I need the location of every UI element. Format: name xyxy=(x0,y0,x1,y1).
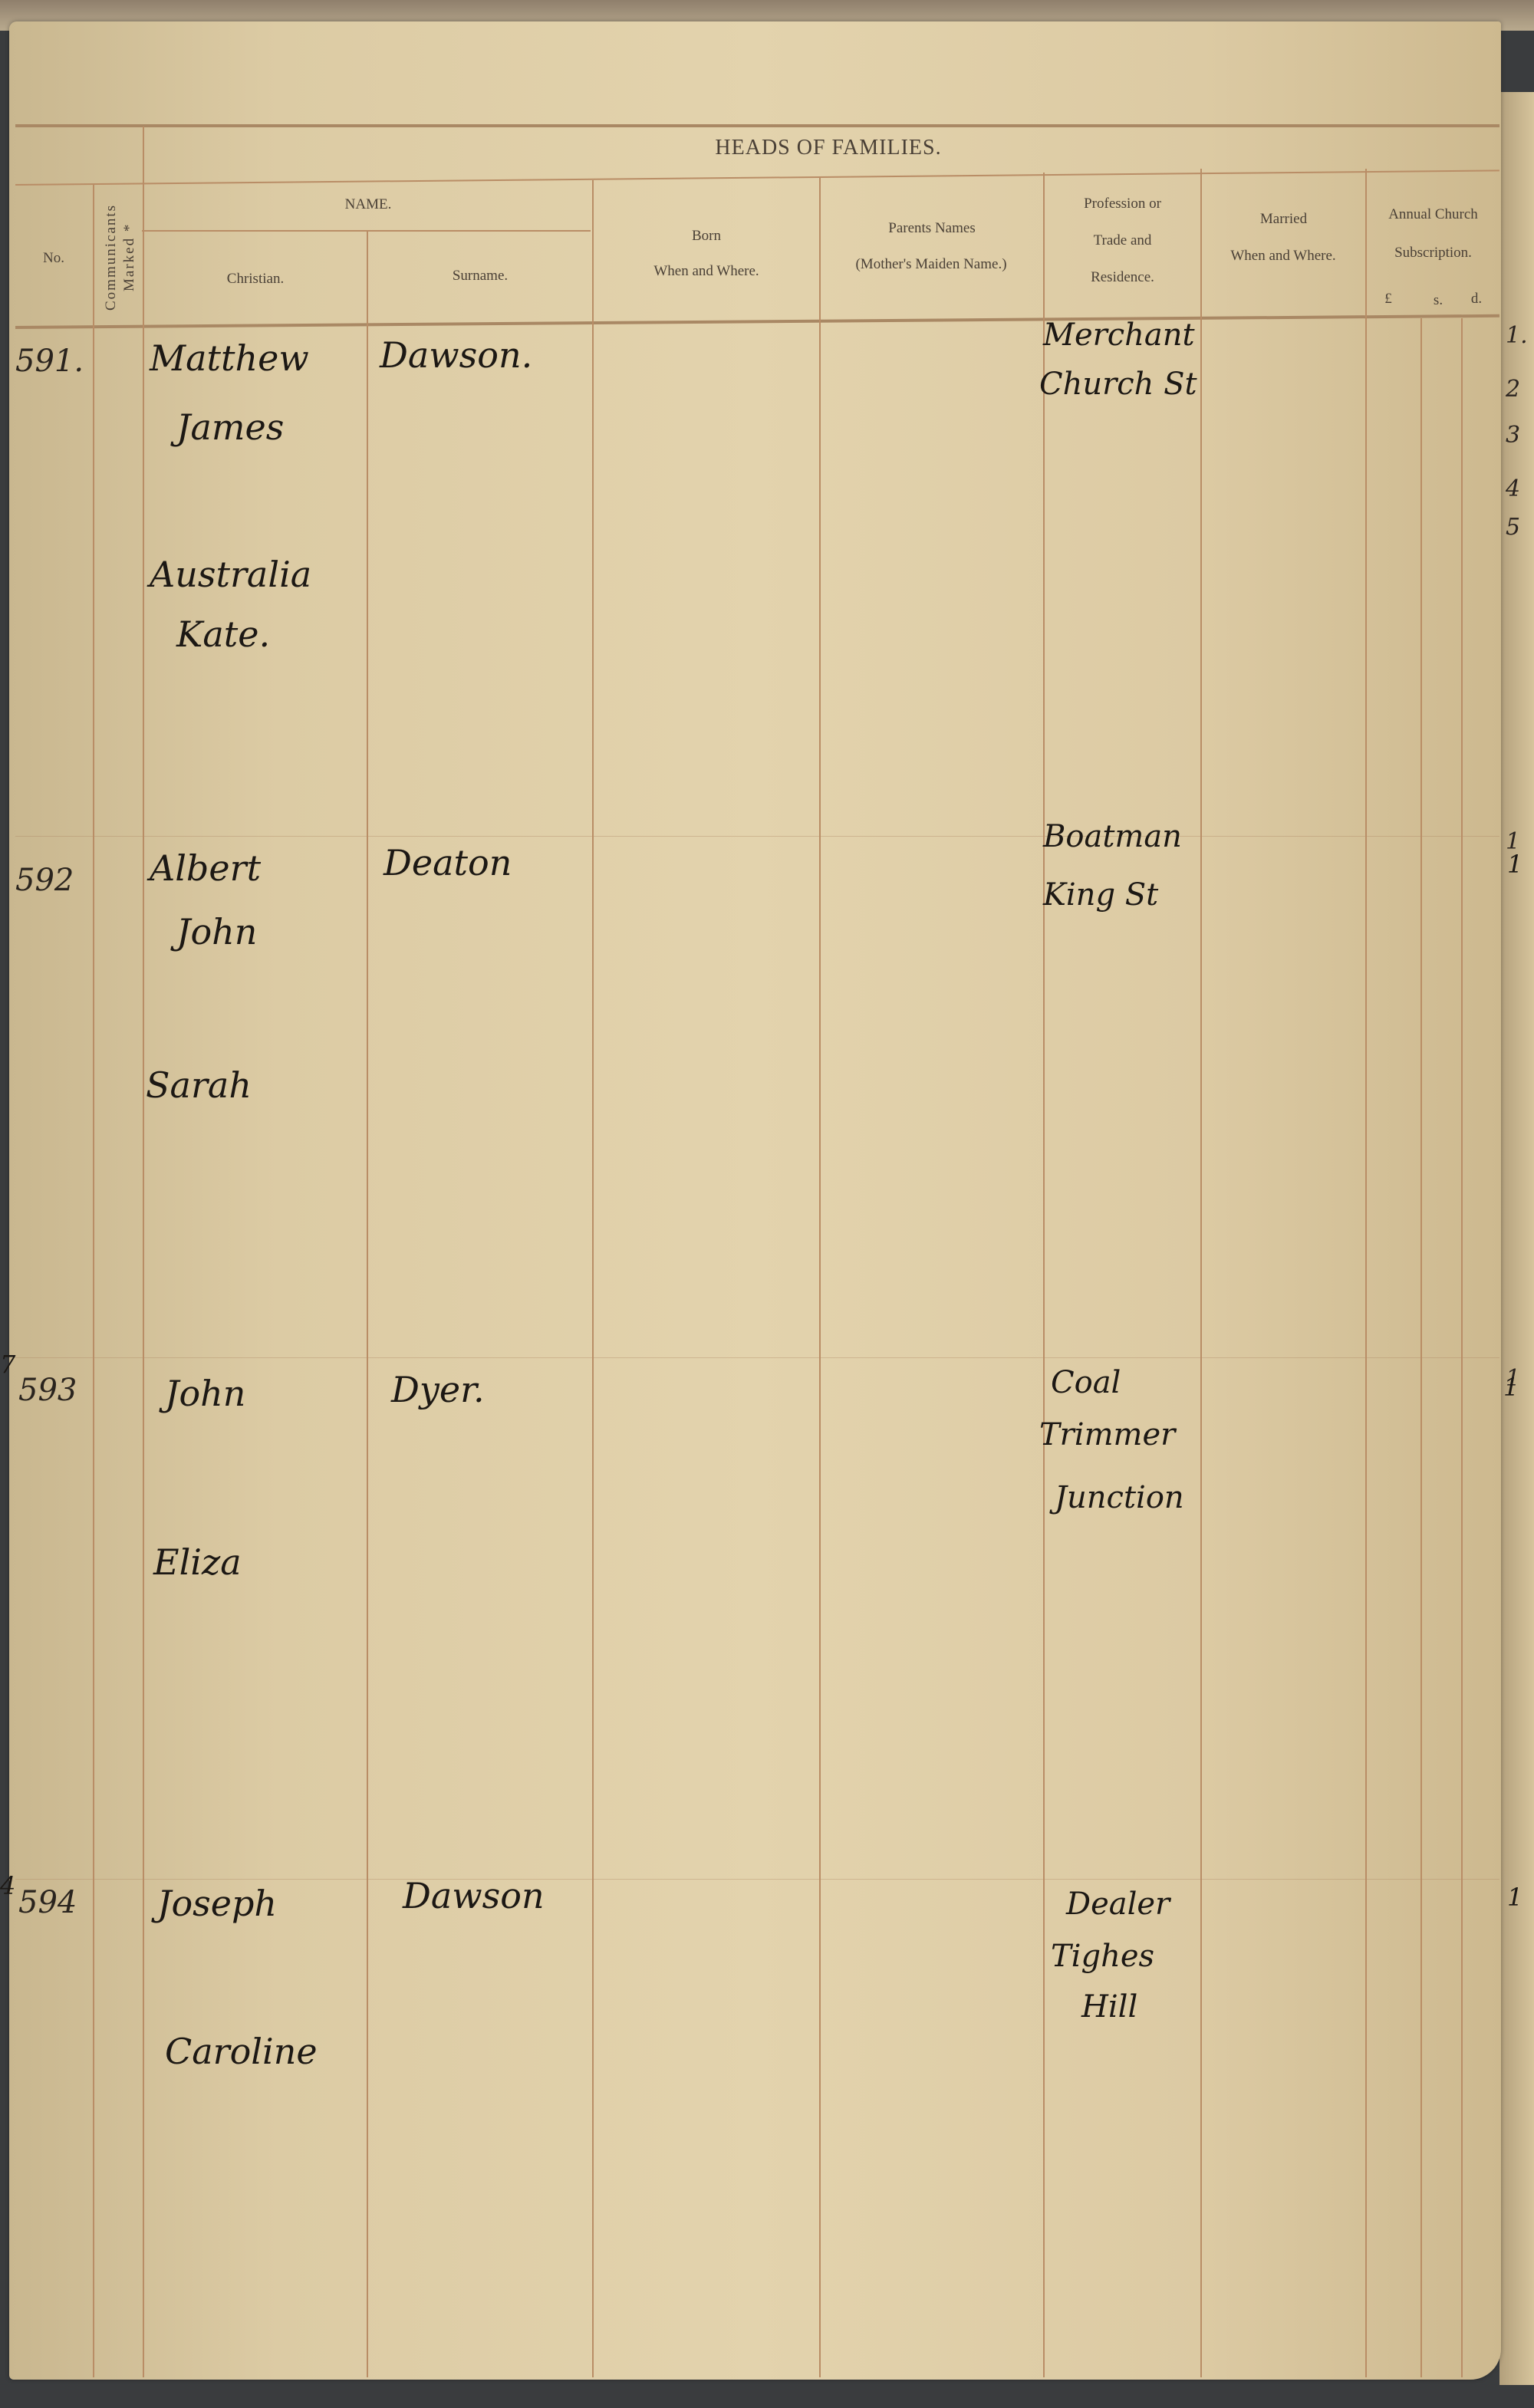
col-header-pounds: £ xyxy=(1373,290,1404,308)
top-double-rule xyxy=(15,124,1499,127)
christian-name: James xyxy=(176,406,284,448)
christian-name: Caroline xyxy=(165,2031,318,2072)
margin-mark: 4 xyxy=(1506,475,1520,502)
row-separator xyxy=(15,1879,1499,1880)
col-rule-born xyxy=(819,178,821,2377)
row-separator xyxy=(15,836,1499,837)
profession: Dealer xyxy=(1066,1887,1170,1922)
col-header-no: No. xyxy=(15,249,92,268)
christian-name: Australia xyxy=(150,554,311,595)
margin-mark: 1. xyxy=(1506,322,1528,349)
entry-number: 594 xyxy=(18,1885,77,1920)
residence: Junction xyxy=(1055,1480,1184,1515)
profession: Boatman xyxy=(1043,819,1182,854)
col-rule-pounds xyxy=(1420,318,1422,2377)
christian-name: Kate. xyxy=(176,614,270,655)
col-header-surname: Surname. xyxy=(368,267,592,285)
left-margin-mark: 7 xyxy=(0,1350,15,1379)
margin-mark: 3 xyxy=(1506,422,1520,449)
subscription-mark: 1 xyxy=(1507,1883,1522,1912)
col-header-pence: d. xyxy=(1461,290,1492,308)
profession: Trimmer xyxy=(1039,1417,1175,1452)
subscription-mark: 1 xyxy=(1507,850,1522,879)
residence: King St xyxy=(1043,877,1158,913)
col-header-parents-2: (Mother's Maiden Name.) xyxy=(816,255,1046,274)
margin-mark: 5 xyxy=(1506,514,1520,541)
residence: Tighes xyxy=(1051,1939,1154,1974)
col-rule-communicants xyxy=(143,127,144,2377)
col-header-name-group: NAME. xyxy=(144,196,592,214)
col-header-profession-2: Trade and xyxy=(1045,232,1200,250)
profession: Merchant xyxy=(1043,317,1195,353)
christian-name: John xyxy=(165,1373,245,1414)
col-header-born-2: When and Where. xyxy=(594,262,819,281)
col-header-profession-1: Profession or xyxy=(1045,195,1200,213)
row-separator xyxy=(15,1357,1499,1358)
surname: Dawson xyxy=(403,1875,545,1916)
christian-name: Sarah xyxy=(146,1064,252,1106)
col-rule-shillings xyxy=(1461,318,1463,2377)
adjacent-page-edge: 1. 2 3 4 5 1 1 xyxy=(1499,92,1534,2385)
christian-name: Albert xyxy=(150,847,261,889)
col-header-married-2: When and Where. xyxy=(1198,247,1368,265)
col-header-christian: Christian. xyxy=(144,270,367,288)
surname: Deaton xyxy=(383,842,512,883)
col-header-married-1: Married xyxy=(1202,210,1365,229)
col-header-born-1: Born xyxy=(594,227,819,245)
christian-name: John xyxy=(176,911,257,952)
margin-mark: 2 xyxy=(1506,376,1520,403)
profession: Coal xyxy=(1051,1365,1121,1400)
surname: Dawson. xyxy=(380,334,532,376)
entry-number: 593 xyxy=(18,1373,77,1408)
christian-name: Eliza xyxy=(153,1541,242,1583)
col-rule-no xyxy=(93,184,94,2377)
christian-name: Joseph xyxy=(157,1883,277,1924)
col-rule-married xyxy=(1365,169,1367,2377)
col-header-subscription-2: Subscription. xyxy=(1367,244,1499,262)
entry-number: 592 xyxy=(15,863,74,898)
col-header-communicants: Communicants Marked * xyxy=(102,192,140,322)
surname: Dyer. xyxy=(391,1369,485,1410)
residence: Church St xyxy=(1039,367,1197,402)
col-header-subscription-1: Annual Church xyxy=(1367,206,1499,224)
entry-number: 591. xyxy=(15,344,84,379)
col-header-shillings: s. xyxy=(1423,291,1453,310)
register-title: HEADS OF FAMILIES. xyxy=(598,134,1058,161)
col-rule-parents xyxy=(1043,173,1045,2377)
christian-name: Matthew xyxy=(150,337,309,379)
col-header-profession-3: Residence. xyxy=(1045,268,1200,287)
col-rule-christian xyxy=(367,230,368,2377)
subscription-mark: 1 xyxy=(1503,1373,1519,1402)
col-rule-profession xyxy=(1200,169,1202,2377)
col-rule-surname xyxy=(592,180,594,2377)
col-header-parents-1: Parents Names xyxy=(821,219,1043,238)
left-margin-mark: 4 xyxy=(0,1871,15,1900)
residence: Hill xyxy=(1081,1989,1137,2025)
